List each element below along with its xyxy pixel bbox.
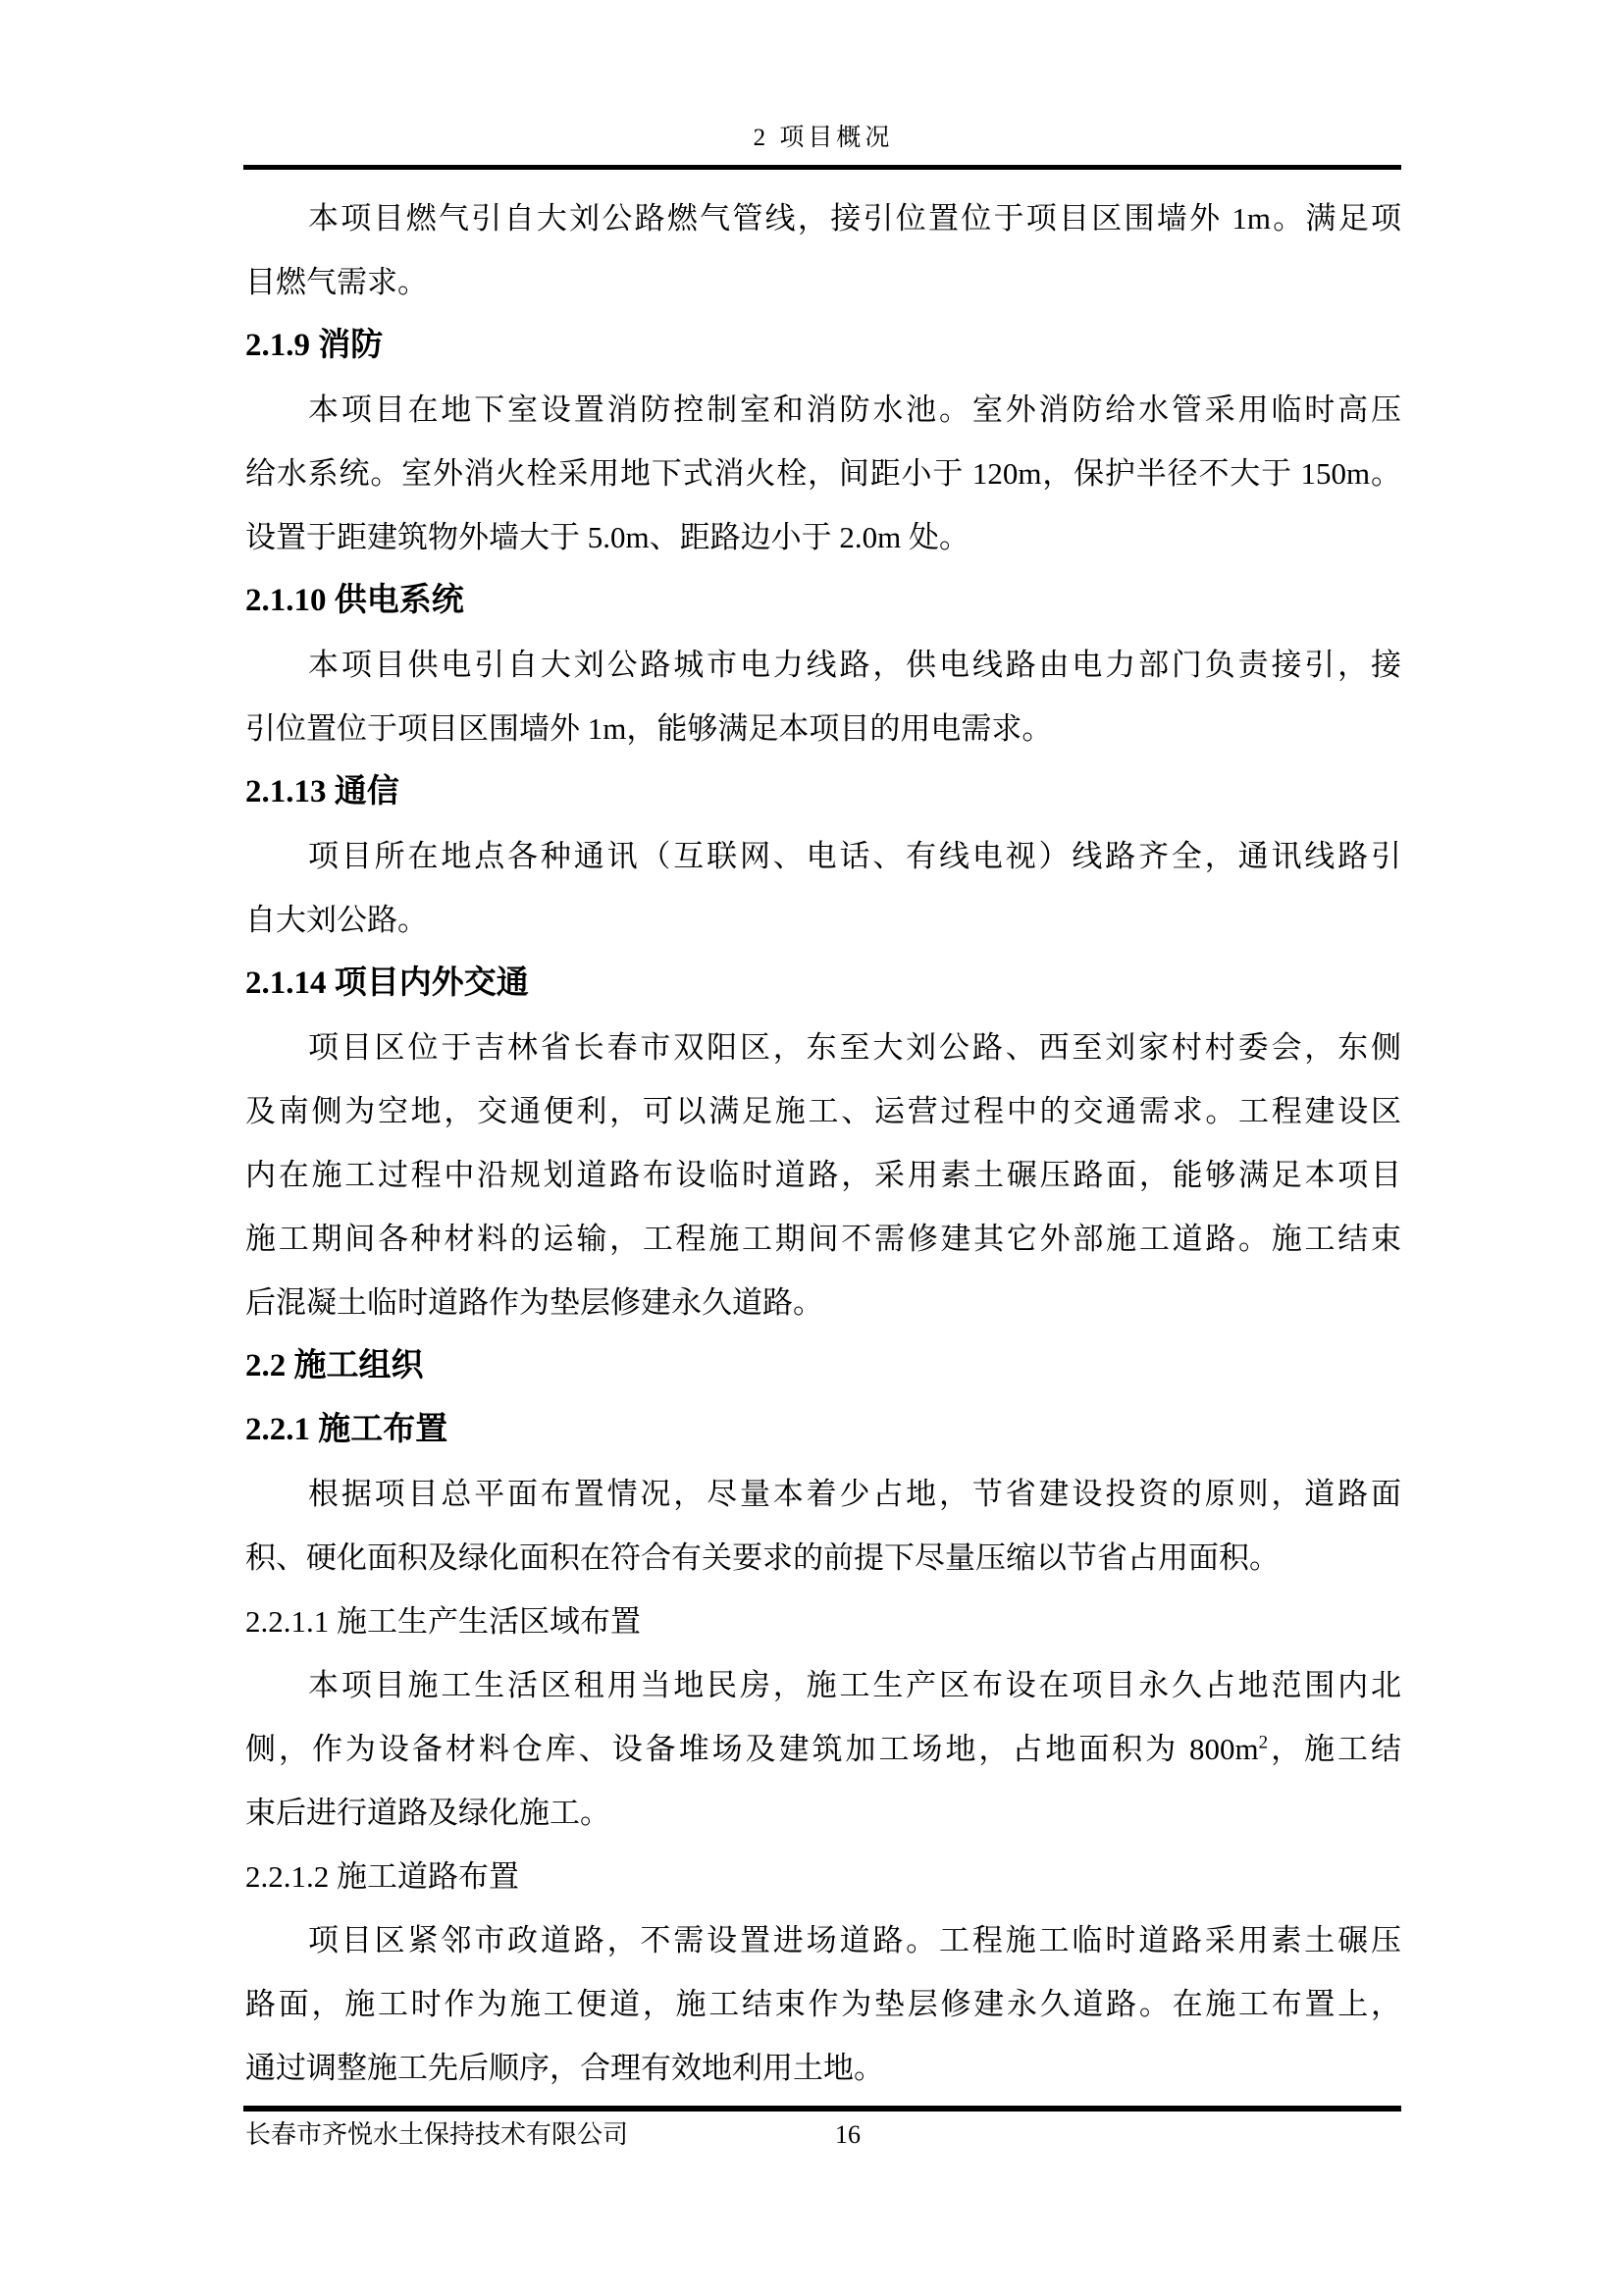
text-line: 本项目供电引自大刘公路城市电力线路，供电线路由电力部门负责接引，接 <box>245 633 1401 697</box>
text-line: 后混凝土临时道路作为垫层修建永久道路。 <box>245 1271 1401 1334</box>
text-line: 及南侧为空地，交通便利，可以满足施工、运营过程中的交通需求。工程建设区 <box>245 1079 1401 1143</box>
text-line: 项目所在地点各种通讯（互联网、电话、有线电视）线路齐全，通讯线路引 <box>245 824 1401 888</box>
text-line: 本项目施工生活区租用当地民房，施工生产区布设在项目永久占地范围内北 <box>245 1653 1401 1717</box>
superscript: 2 <box>1259 1733 1269 1753</box>
text-line: 施工期间各种材料的运输，工程施工期间不需修建其它外部施工道路。施工结束 <box>245 1207 1401 1271</box>
text-line: 本项目燃气引自大刘公路燃气管线，接引位置位于项目区围墙外 1m。满足项 <box>245 186 1401 250</box>
header-rule <box>243 165 1401 170</box>
section-heading: 2.1.13 通信 <box>245 760 1401 824</box>
text-line: 束后进行道路及绿化施工。 <box>245 1781 1401 1845</box>
text-line: 内在施工过程中沿规划道路布设临时道路，采用素土碾压路面，能够满足本项目 <box>245 1143 1401 1207</box>
footer-company-name: 长春市齐悦水土保持技术有限公司 <box>245 2115 628 2155</box>
page-header-section-title: 2 项目概况 <box>245 118 1401 153</box>
text-line: 根据项目总平面布置情况，尽量本着少占地，节省建设投资的原则，道路面 <box>245 1462 1401 1526</box>
text-line: 项目区紧邻市政道路，不需设置进场道路。工程施工临时道路采用素土碾压 <box>245 1908 1401 1972</box>
section-heading: 2.2.1.1 施工生产生活区域布置 <box>245 1590 1401 1653</box>
text-line: 积、硬化面积及绿化面积在符合有关要求的前提下尽量压缩以节省占用面积。 <box>245 1526 1401 1590</box>
section-heading: 2.1.10 供电系统 <box>245 569 1401 633</box>
section-heading: 2.1.14 项目内外交通 <box>245 952 1401 1016</box>
text-line: 目燃气需求。 <box>245 250 1401 314</box>
text-line: 项目区位于吉林省长春市双阳区，东至大刘公路、西至刘家村村委会，东侧 <box>245 1016 1401 1079</box>
text-line: 设置于距建筑物外墙大于 5.0m、距路边小于 2.0m 处。 <box>245 505 1401 569</box>
text-line: 路面，施工时作为施工便道，施工结束作为垫层修建永久道路。在施工布置上， <box>245 1972 1401 2036</box>
text-line: 引位置位于项目区围墙外 1m，能够满足本项目的用电需求。 <box>245 697 1401 760</box>
text-line: 本项目在地下室设置消防控制室和消防水池。室外消防给水管采用临时高压 <box>245 378 1401 442</box>
document-content: 本项目燃气引自大刘公路燃气管线，接引位置位于项目区围墙外 1m。满足项目燃气需求… <box>245 186 1401 2100</box>
section-heading: 2.2.1 施工布置 <box>245 1398 1401 1462</box>
page-footer: 长春市齐悦水土保持技术有限公司 16 <box>245 2115 1401 2155</box>
text-line: 侧，作为设备材料仓库、设备堆场及建筑加工场地，占地面积为 800m2，施工结 <box>245 1717 1401 1781</box>
section-heading: 2.2.1.2 施工道路布置 <box>245 1845 1401 1908</box>
text-line: 自大刘公路。 <box>245 888 1401 952</box>
document-page: 2 项目概况 本项目燃气引自大刘公路燃气管线，接引位置位于项目区围墙外 1m。满… <box>0 0 1624 2295</box>
text-line: 通过调整施工先后顺序，合理有效地利用土地。 <box>245 2036 1401 2100</box>
text-line: 给水系统。室外消火栓采用地下式消火栓，间距小于 120m，保护半径不大于 150… <box>245 442 1401 505</box>
section-heading: 2.2 施工组织 <box>245 1334 1401 1398</box>
footer-rule <box>243 2106 1401 2112</box>
section-heading: 2.1.9 消防 <box>245 314 1401 378</box>
footer-page-number: 16 <box>835 2115 861 2155</box>
